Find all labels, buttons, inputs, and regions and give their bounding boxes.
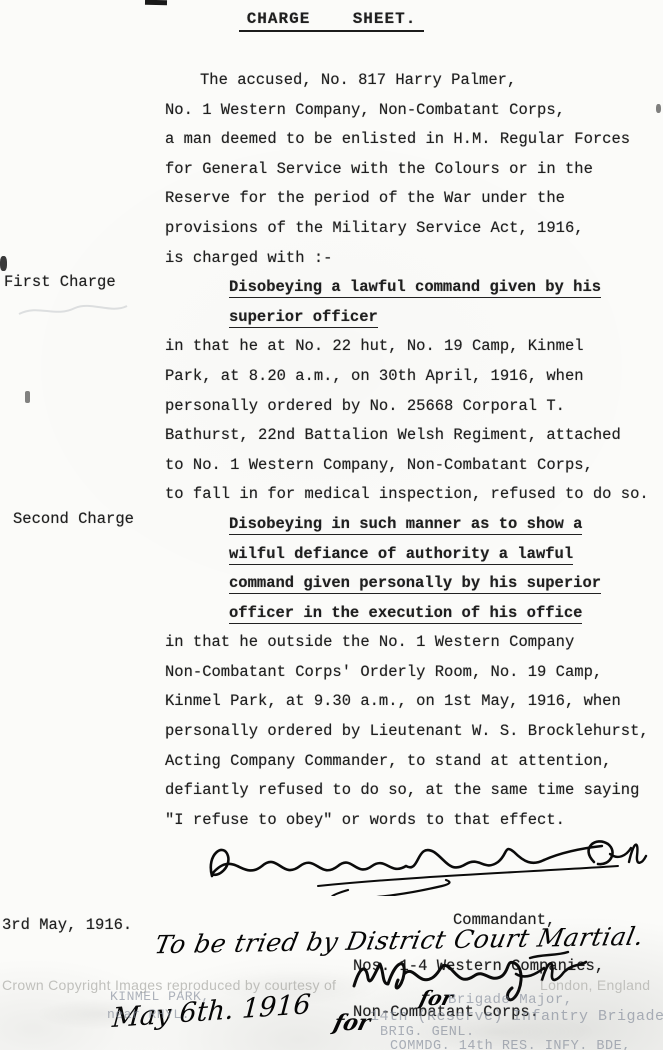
charge-heading-line: wilful defiance of authority a lawful xyxy=(165,540,661,570)
faded-stamp-brig-genl: BRIG. GENL. xyxy=(380,1025,475,1040)
typed-line: personally ordered by Lieutenant W. S. B… xyxy=(165,717,661,747)
typed-body: The accused, No. 817 Harry Palmer, No. 1… xyxy=(165,66,661,835)
faded-stamp-infantry-brigade: 14th (Reserve) Infantry Brigade xyxy=(370,1008,663,1025)
typed-line: Reserve for the period of the War under … xyxy=(165,184,661,214)
typed-line: is charged with :- xyxy=(165,244,661,274)
typed-line: to fall in for medical inspection, refus… xyxy=(165,480,661,510)
document-title-text: CHARGE SHEET. xyxy=(239,10,425,32)
typed-line: defiantly refused to do so, at the same … xyxy=(165,776,661,806)
copyright-watermark-right: London, England xyxy=(540,977,650,993)
faded-stamp-commdg: COMMDG. 14th RES. INFY. BDE, xyxy=(390,1039,631,1050)
typed-line: in that he at No. 22 hut, No. 19 Camp, K… xyxy=(165,332,661,362)
typed-line: for General Service with the Colours or … xyxy=(165,155,661,185)
typed-line: No. 1 Western Company, Non-Combatant Cor… xyxy=(165,96,661,126)
faded-stamp-near-rhyl: near RHYL. xyxy=(107,1007,190,1022)
typed-line: in that he outside the No. 1 Western Com… xyxy=(165,628,661,658)
pencil-smudge xyxy=(15,298,145,324)
typed-line: Kinmel Park, at 9.30 a.m., on 1st May, 1… xyxy=(165,687,661,717)
typed-line: provisions of the Military Service Act, … xyxy=(165,214,661,244)
second-charge-label: Second Charge xyxy=(13,510,134,528)
scan-artifact xyxy=(145,0,167,5)
scan-artifact xyxy=(25,391,30,403)
typed-line: Bathurst, 22nd Battalion Welsh Regiment,… xyxy=(165,421,661,451)
faded-stamp-brigade-major: Brigade Major, xyxy=(448,992,573,1008)
charge-heading-line: officer in the execution of his office xyxy=(165,599,661,629)
typed-line: a man deemed to be enlisted in H.M. Regu… xyxy=(165,125,661,155)
typed-line: Non-Combatant Corps' Orderly Room, No. 1… xyxy=(165,658,661,688)
typed-line: Acting Company Commander, to stand at at… xyxy=(165,747,661,777)
charge-heading-line: Disobeying in such manner as to show a xyxy=(165,510,661,540)
charge-sheet-document: CHARGE SHEET. First Charge Second Charge… xyxy=(0,0,663,1050)
scan-artifact xyxy=(0,256,7,271)
typed-line: to No. 1 Western Company, Non-Combatant … xyxy=(165,451,661,481)
document-title: CHARGE SHEET. xyxy=(0,10,663,28)
faded-stamp-kinmel-park: KINMEL PARK, xyxy=(110,989,210,1004)
charge-heading-line: Disobeying a lawful command given by his xyxy=(165,273,661,303)
for-annotation-2: for xyxy=(331,1010,373,1036)
first-charge-label: First Charge xyxy=(4,273,116,291)
typed-date: 3rd May, 1916. xyxy=(2,916,132,934)
typed-line: The accused, No. 817 Harry Palmer, xyxy=(165,66,661,96)
charge-heading-line: superior officer xyxy=(165,303,661,333)
typed-line: "I refuse to obey" or words to that effe… xyxy=(165,806,661,836)
charge-heading-line: command given personally by his superior xyxy=(165,569,661,599)
scan-artifact xyxy=(656,104,661,113)
typed-line: Park, at 8.20 a.m., on 30th April, 1916,… xyxy=(165,362,661,392)
typed-line: personally ordered by No. 25668 Corporal… xyxy=(165,392,661,422)
